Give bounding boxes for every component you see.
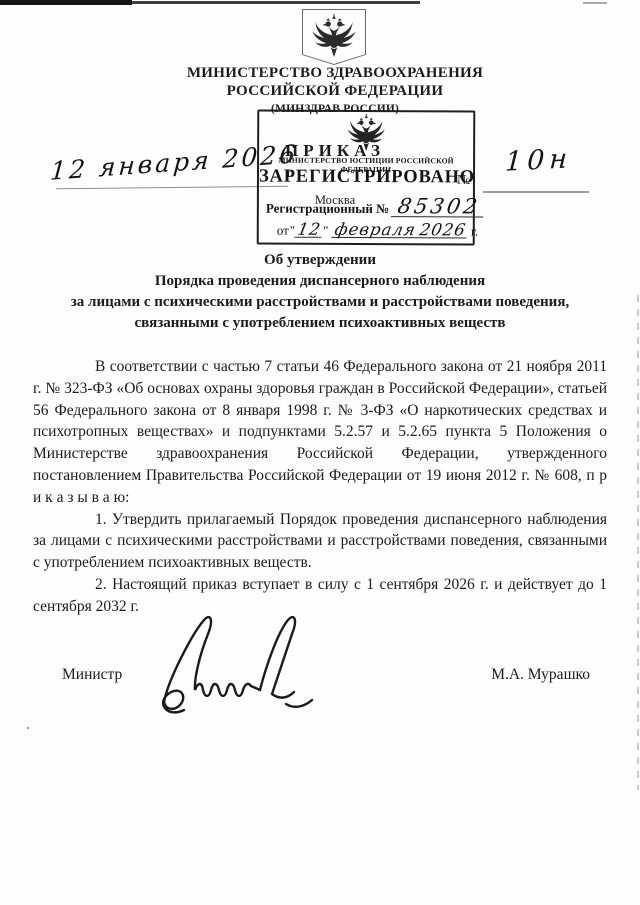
scan-artifact-bar — [583, 2, 607, 4]
order-title: Об утверждении Порядка проведения диспан… — [0, 250, 640, 334]
stamp-date-day: 12 — [295, 222, 325, 238]
stamp-date-month: февраля — [331, 222, 419, 238]
stamp-date-year: 2026 — [416, 222, 469, 238]
coat-of-arms-shield — [302, 9, 366, 65]
ministry-name-line2: РОССИЙСКОЙ ФЕДЕРАЦИИ — [15, 82, 640, 100]
order-title-line: связанными с употреблением психоактивных… — [0, 313, 640, 334]
ministry-name-line1: МИНИСТЕРСТВО ЗДРАВООХРАНЕНИЯ — [15, 64, 640, 82]
stamp-eagle-icon — [345, 114, 387, 157]
stamp-date-line: от"12" февраля2026 г. — [277, 222, 478, 240]
document-header: МИНИСТЕРСТВО ЗДРАВООХРАНЕНИЯ РОССИЙСКОЙ … — [15, 64, 640, 115]
date-suffix-label: г. — [287, 166, 294, 181]
order-title-line: за лицами с психическими расстройствами … — [0, 292, 640, 313]
stamp-reg-number-line: Регистрационный № 85302 — [266, 196, 485, 219]
handwritten-number: 10н — [504, 143, 573, 178]
stamp-year-suffix: г. — [471, 223, 478, 238]
stamp-reg-number-value: 85302 — [391, 196, 487, 217]
stamp-close-quote: " — [323, 223, 328, 238]
body-paragraph: 1. Утвердить прилагаемый Порядок проведе… — [33, 509, 607, 574]
order-title-line: Порядка проведения диспансерного наблюде… — [0, 271, 640, 292]
date-underline — [56, 186, 288, 189]
signer-position-label: Министр — [62, 666, 122, 684]
order-title-line: Об утверждении — [0, 250, 640, 271]
stamp-reg-number-label: Регистрационный № — [266, 201, 389, 217]
scan-artifact-spot — [27, 727, 29, 729]
coat-of-arms-icon — [303, 10, 365, 64]
signer-name-label: М.А. Мурашко — [491, 666, 590, 684]
minister-signature-icon — [148, 612, 348, 722]
stamp-date-from-label: от — [277, 223, 289, 238]
body-paragraph: В соответствии с частью 7 статьи 46 Феде… — [33, 356, 607, 509]
order-body: В соответствии с частью 7 статьи 46 Феде… — [33, 356, 607, 618]
document-page: МИНИСТЕРСТВО ЗДРАВООХРАНЕНИЯ РОССИЙСКОЙ … — [0, 0, 640, 905]
scan-artifact-bar — [0, 0, 132, 5]
scan-artifact-edge — [637, 295, 639, 790]
scan-artifact-bar — [132, 1, 420, 4]
